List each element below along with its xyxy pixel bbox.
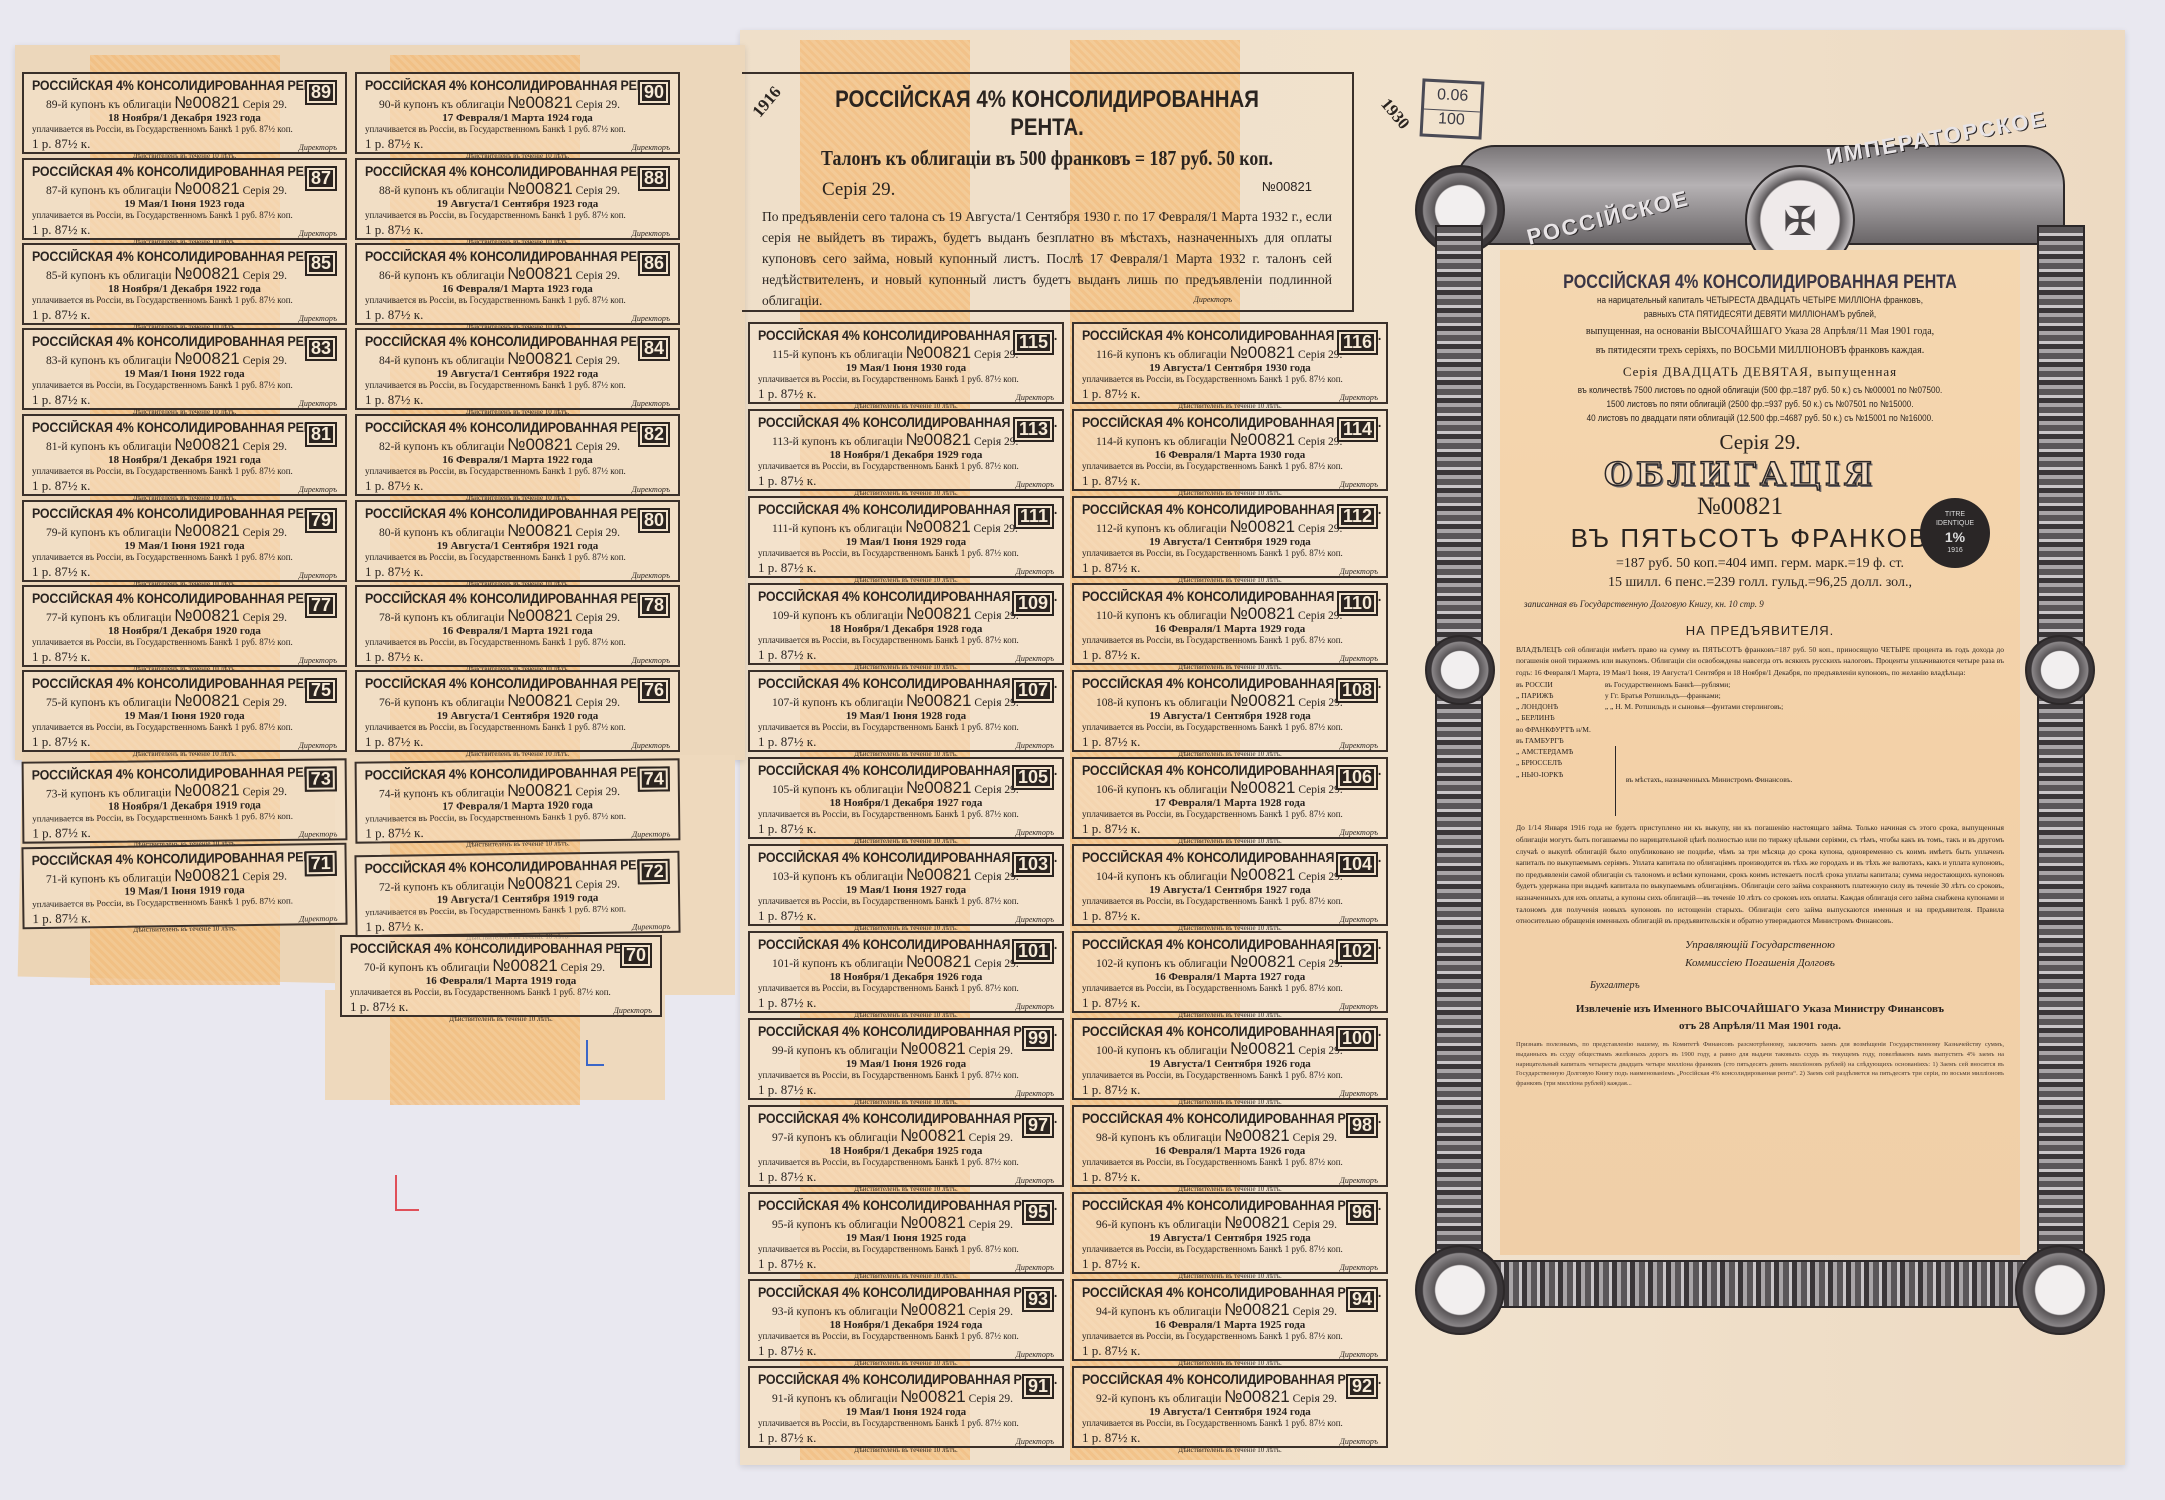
coupon-number-badge: 87 xyxy=(305,166,337,191)
coupon-payment-text: уплачивается въ Россіи, въ Государственн… xyxy=(32,295,337,305)
coupon-payment-text: уплачивается въ Россіи, въ Государственн… xyxy=(1082,548,1378,558)
coupon-number-badge: 72 xyxy=(637,859,669,884)
coupon-date: 19 Мая/1 Іюня 1921 года xyxy=(32,540,337,552)
coupon: РОССІЙСКАЯ 4% КОНСОЛИДИРОВАННАЯ РЕНТА. 1… xyxy=(1072,496,1388,578)
coupon-number-badge: 98 xyxy=(1346,1113,1378,1138)
coupon-payment-text: уплачивается въ Россіи, въ Государственн… xyxy=(758,1331,1054,1341)
coupon-title: РОССІЙСКАЯ 4% КОНСОЛИДИРОВАННАЯ РЕНТА. xyxy=(32,420,313,435)
seal-text: TITRE xyxy=(1920,510,1990,519)
coupon: РОССІЙСКАЯ 4% КОНСОЛИДИРОВАННАЯ РЕНТА. 7… xyxy=(355,670,680,752)
coupon-number-badge: 106 xyxy=(1336,765,1378,790)
coupon-validity: Дѣйствителенъ въ теченіе 10 лѣтъ. xyxy=(350,1015,652,1023)
coupon-title: РОССІЙСКАЯ 4% КОНСОЛИДИРОВАННАЯ РЕНТА. xyxy=(365,676,646,691)
coupon-number-badge: 88 xyxy=(638,166,670,191)
coupon-date: 16 Февраля/1 Марта 1926 года xyxy=(1082,1145,1378,1157)
coupon-payment-text: уплачивается въ Россіи, въ Государственн… xyxy=(758,983,1054,993)
coupon-amount: 1 р. 87½ к. xyxy=(1082,734,1140,750)
coupon-amount: 1 р. 87½ к. xyxy=(758,647,816,663)
coupon-title: РОССІЙСКАЯ 4% КОНСОЛИДИРОВАННАЯ РЕНТА. xyxy=(1082,1111,1354,1126)
city-note: у Гг. Братья Ротшильдъ—франками; xyxy=(1605,690,1807,701)
coupon: РОССІЙСКАЯ 4% КОНСОЛИДИРОВАННАЯ РЕНТА. 1… xyxy=(1072,322,1388,404)
coupon-ref-line: 96-й купонъ къ облигаціи №00821 Серія 29… xyxy=(1096,1213,1378,1233)
coupon-number-badge: 84 xyxy=(638,336,670,361)
coupon-payment-text: уплачивается въ Россіи, въ Государственн… xyxy=(1082,1157,1378,1167)
coupon-director: Директоръ xyxy=(1340,1002,1378,1011)
coupon-ref-line: 111-й купонъ къ облигаціи №00821 Серія 2… xyxy=(772,517,1054,537)
coupon-amount: 1 р. 87½ к. xyxy=(32,649,90,665)
coupon-title: РОССІЙСКАЯ 4% КОНСОЛИДИРОВАННАЯ РЕНТА. xyxy=(365,164,646,179)
coupon-date: 18 Ноября/1 Декабря 1921 года xyxy=(32,454,337,466)
coupon-payment-text: уплачивается въ Россіи, въ Государственн… xyxy=(365,380,670,390)
coupon-payment-text: уплачивается въ Россіи, въ Государственн… xyxy=(758,1157,1054,1167)
coupon: РОССІЙСКАЯ 4% КОНСОЛИДИРОВАННАЯ РЕНТА. 9… xyxy=(748,1192,1064,1274)
coupon-payment-text: уплачивается въ Россіи, въ Государственн… xyxy=(32,380,337,390)
coupon-payment-text: уплачивается въ Россіи, въ Государственн… xyxy=(758,374,1054,384)
bond-extract-heading: Извлеченіе изъ Именного ВЫСОЧАЙШАГО Указ… xyxy=(1500,1001,2020,1034)
coupon-title: РОССІЙСКАЯ 4% КОНСОЛИДИРОВАННАЯ РЕНТА. xyxy=(365,506,646,521)
coupon: РОССІЙСКАЯ 4% КОНСОЛИДИРОВАННАЯ РЕНТА. 7… xyxy=(355,585,680,667)
coupon-amount: 1 р. 87½ к. xyxy=(758,473,816,489)
coupon-title: РОССІЙСКАЯ 4% КОНСОЛИДИРОВАННАЯ РЕНТА. xyxy=(758,589,1030,604)
coupon-payment-text: уплачивается въ Россіи, въ Государственн… xyxy=(1082,1070,1378,1080)
coupon-date: 19 Мая/1 Іюня 1923 года xyxy=(32,198,337,210)
coupon: РОССІЙСКАЯ 4% КОНСОЛИДИРОВАННАЯ РЕНТА. 9… xyxy=(1072,1192,1388,1274)
coupon-date: 19 Августа/1 Сентября 1920 года xyxy=(365,710,670,722)
coupon-number-badge: 78 xyxy=(638,593,670,618)
coupon-ref-line: 86-й купонъ къ облигаціи №00821 Серія 29… xyxy=(379,264,670,284)
coupon-ref-line: 77-й купонъ къ облигаціи №00821 Серія 29… xyxy=(46,606,337,626)
coupon-title: РОССІЙСКАЯ 4% КОНСОЛИДИРОВАННАЯ РЕНТА. xyxy=(32,334,313,349)
coupon: РОССІЙСКАЯ 4% КОНСОЛИДИРОВАННАЯ РЕНТА. 1… xyxy=(1072,757,1388,839)
coupon: РОССІЙСКАЯ 4% КОНСОЛИДИРОВАННАЯ РЕНТА. 8… xyxy=(22,243,347,325)
coupon-ref-line: 91-й купонъ къ облигаціи №00821 Серія 29… xyxy=(772,1387,1054,1407)
coupon-director: Директоръ xyxy=(1016,915,1054,924)
coupon-validity: Дѣйствителенъ въ теченіе 10 лѣтъ. xyxy=(1082,1446,1378,1454)
bond-signatory: Управляющій Государственною Коммиссіею П… xyxy=(1500,937,2020,972)
coupon-title: РОССІЙСКАЯ 4% КОНСОЛИДИРОВАННАЯ РЕНТА. xyxy=(1082,763,1354,778)
coupon: РОССІЙСКАЯ 4% КОНСОЛИДИРОВАННАЯ РЕНТА. 1… xyxy=(1072,409,1388,491)
coupon-ref-line: 76-й купонъ къ облигаціи №00821 Серія 29… xyxy=(379,691,670,711)
talon-series: Серія 29. xyxy=(822,179,895,201)
coupon: РОССІЙСКАЯ 4% КОНСОЛИДИРОВАННАЯ РЕНТА. 8… xyxy=(22,158,347,240)
coupon-amount: 1 р. 87½ к. xyxy=(1082,908,1140,924)
coupon-ref-line: 98-й купонъ къ облигаціи №00821 Серія 29… xyxy=(1096,1126,1378,1146)
coupon-amount: 1 р. 87½ к. xyxy=(365,564,423,580)
rosette-icon xyxy=(1425,635,1495,705)
coupon: РОССІЙСКАЯ 4% КОНСОЛИДИРОВАННАЯ РЕНТА. 1… xyxy=(748,496,1064,578)
coupon-director: Директоръ xyxy=(632,485,670,494)
coupon-payment-text: уплачивается въ Россіи, въ Государственн… xyxy=(32,810,337,823)
talon-text: По предъявленіи сего талона съ 19 Август… xyxy=(762,207,1332,312)
coupon-amount: 1 р. 87½ к. xyxy=(32,564,90,580)
coupon-number-badge: 83 xyxy=(305,336,337,361)
coupon-number-badge: 81 xyxy=(305,422,337,447)
coupon-director: Директоръ xyxy=(299,656,337,665)
coupon-number-badge: 114 xyxy=(1337,417,1378,442)
coupon-director: Директоръ xyxy=(1340,741,1378,750)
coupon-date: 19 Августа/1 Сентября 1926 года xyxy=(1082,1058,1378,1070)
signatory-line: Коммиссіею Погашенія Долговъ xyxy=(1500,955,2020,973)
coupon-date: 18 Ноября/1 Декабря 1926 года xyxy=(758,971,1054,983)
frame-border-right xyxy=(2037,225,2085,1285)
city: „ БЕРЛИНѢ xyxy=(1516,712,1591,723)
coupon-director: Директоръ xyxy=(1016,1089,1054,1098)
city: „ ЛОНДОНѢ xyxy=(1516,701,1591,712)
coupon: РОССІЙСКАЯ 4% КОНСОЛИДИРОВАННАЯ РЕНТА. 8… xyxy=(22,414,347,496)
coupon: РОССІЙСКАЯ 4% КОНСОЛИДИРОВАННАЯ РЕНТА. 7… xyxy=(355,758,681,843)
coupon-title: РОССІЙСКАЯ 4% КОНСОЛИДИРОВАННАЯ РЕНТА. xyxy=(1082,502,1354,517)
coupon-date: 16 Февраля/1 Марта 1930 года xyxy=(1082,449,1378,461)
coupon: РОССІЙСКАЯ 4% КОНСОЛИДИРОВАННАЯ РЕНТА. 9… xyxy=(355,72,680,154)
coupon-director: Директоръ xyxy=(1340,828,1378,837)
coupon-director: Директоръ xyxy=(1016,741,1054,750)
coupon-number-badge: 77 xyxy=(305,593,337,618)
coupon-amount: 1 р. 87½ к. xyxy=(758,908,816,924)
coupon-amount: 1 р. 87½ к. xyxy=(365,649,423,665)
coupon-ref-line: 99-й купонъ къ облигаціи №00821 Серія 29… xyxy=(772,1039,1054,1059)
coupon-date: 18 Ноября/1 Декабря 1928 года xyxy=(758,623,1054,635)
coupon-amount: 1 р. 87½ к. xyxy=(758,560,816,576)
coupon-title: РОССІЙСКАЯ 4% КОНСОЛИДИРОВАННАЯ РЕНТА. xyxy=(32,676,313,691)
coupon-ref-line: 114-й купонъ къ облигаціи №00821 Серія 2… xyxy=(1096,430,1378,450)
coupon-title: РОССІЙСКАЯ 4% КОНСОЛИДИРОВАННАЯ РЕНТА. xyxy=(758,328,1030,343)
rosette-icon xyxy=(2015,1245,2105,1335)
coupon-ref-line: 89-й купонъ къ облигаціи №00821 Серія 29… xyxy=(46,93,337,113)
coupon: РОССІЙСКАЯ 4% КОНСОЛИДИРОВАННАЯ РЕНТА. 7… xyxy=(22,585,347,667)
coupon-date: 17 Февраля/1 Марта 1928 года xyxy=(1082,797,1378,809)
bond-obligation-heading: ОБЛИГАЦІЯ xyxy=(1460,455,2020,493)
coupon-date: 19 Мая/1 Іюня 1928 года xyxy=(758,710,1054,722)
coupon-director: Директоръ xyxy=(299,914,337,924)
coupon-date: 19 Мая/1 Іюня 1922 года xyxy=(32,368,337,380)
bond-qty-line1: въ количествѣ 7500 листовъ по одной обли… xyxy=(1539,384,1981,398)
coupon-date: 18 Ноября/1 Декабря 1923 года xyxy=(32,112,337,124)
coupon-number-badge: 103 xyxy=(1012,852,1054,877)
coupon-ref-line: 70-й купонъ къ облигаціи №00821 Серія 29… xyxy=(364,956,652,976)
coupon-director: Директоръ xyxy=(299,741,337,750)
coupon-payment-text: уплачивается въ Россіи, въ Государственн… xyxy=(32,466,337,476)
coupon-director: Директоръ xyxy=(632,143,670,152)
rosette-icon xyxy=(2025,635,2095,705)
coupon-number-badge: 92 xyxy=(1346,1374,1378,1399)
coupon: РОССІЙСКАЯ 4% КОНСОЛИДИРОВАННАЯ РЕНТА. 1… xyxy=(748,583,1064,665)
coupon-number-badge: 113 xyxy=(1013,417,1054,442)
coupon-amount: 1 р. 87½ к. xyxy=(32,910,91,927)
coupon: РОССІЙСКАЯ 4% КОНСОЛИДИРОВАННАЯ РЕНТА. 1… xyxy=(748,844,1064,926)
coupon-title: РОССІЙСКАЯ 4% КОНСОЛИДИРОВАННАЯ РЕНТА. xyxy=(758,1111,1030,1126)
coupon-date: 19 Августа/1 Сентября 1925 года xyxy=(1082,1232,1378,1244)
coupon-title: РОССІЙСКАЯ 4% КОНСОЛИДИРОВАННАЯ РЕНТА. xyxy=(758,1198,1030,1213)
coupon-director: Директоръ xyxy=(632,741,670,750)
coupon: РОССІЙСКАЯ 4% КОНСОЛИДИРОВАННАЯ РЕНТА. 1… xyxy=(748,931,1064,1013)
city-note: „ „ Н. М. Ротшильдъ и сыновья—фунтами ст… xyxy=(1605,701,1807,712)
coupon-payment-text: уплачивается въ Россіи, въ Государственн… xyxy=(1082,1331,1378,1341)
coupon-amount: 1 р. 87½ к. xyxy=(32,825,90,842)
coupon-amount: 1 р. 87½ к. xyxy=(758,1430,816,1446)
coupon-date: 16 Февраля/1 Марта 1921 года xyxy=(365,625,670,637)
bond-redemption-text: До 1/14 Января 1916 года не будетъ прист… xyxy=(1500,816,2020,927)
coupon-director: Директоръ xyxy=(1016,1002,1054,1011)
coupon-number-badge: 75 xyxy=(305,678,337,703)
coupon-date: 17 Февраля/1 Марта 1924 года xyxy=(365,112,670,124)
coupon-director: Директоръ xyxy=(632,571,670,580)
coupon-date: 16 Февраля/1 Марта 1929 года xyxy=(1082,623,1378,635)
coupon-director: Директоръ xyxy=(1016,828,1054,837)
coupon-ref-line: 90-й купонъ къ облигаціи №00821 Серія 29… xyxy=(379,93,670,113)
coupon-payment-text: уплачивается въ Россіи, въ Государственн… xyxy=(758,548,1054,558)
coupon-amount: 1 р. 87½ к. xyxy=(365,825,423,842)
coupon-director: Директоръ xyxy=(299,571,337,580)
extract-line: Извлеченіе изъ Именного ВЫСОЧАЙШАГО Указ… xyxy=(1500,1001,2020,1018)
coupon-ref-line: 78-й купонъ къ облигаціи №00821 Серія 29… xyxy=(379,606,670,626)
coupon-date: 19 Августа/1 Сентября 1924 года xyxy=(1082,1406,1378,1418)
pen-mark-red-l-icon xyxy=(395,1175,419,1211)
coupon-payment-text: уплачивается въ Россіи, въ Государственн… xyxy=(758,461,1054,471)
coupon-validity: Дѣйствителенъ въ теченіе 10 лѣтъ. xyxy=(365,750,670,758)
coupon-title: РОССІЙСКАЯ 4% КОНСОЛИДИРОВАННАЯ РЕНТА. xyxy=(1082,1372,1354,1387)
coupon-date: 19 Августа/1 Сентября 1923 года xyxy=(365,198,670,210)
coupon-director: Директоръ xyxy=(1340,480,1378,489)
coupon-title: РОССІЙСКАЯ 4% КОНСОЛИДИРОВАННАЯ РЕНТА. xyxy=(365,591,646,606)
bond-capital-line2: равныхъ СТА ПЯТИДЕСЯТИ ДЕВЯТИ МИЛЛІОНАМЪ… xyxy=(1539,308,1981,322)
coupon: РОССІЙСКАЯ 4% КОНСОЛИДИРОВАННАЯ РЕНТА. 7… xyxy=(22,758,348,843)
coupon-payment-text: уплачивается въ Россіи, въ Государственн… xyxy=(365,466,670,476)
coupon-title: РОССІЙСКАЯ 4% КОНСОЛИДИРОВАННАЯ РЕНТА. xyxy=(758,937,1030,952)
city: въ РОССІИ xyxy=(1516,679,1591,690)
coupon: РОССІЙСКАЯ 4% КОНСОЛИДИРОВАННАЯ РЕНТА. 1… xyxy=(748,757,1064,839)
coupon: РОССІЙСКАЯ 4% КОНСОЛИДИРОВАННАЯ РЕНТА. 8… xyxy=(355,500,680,582)
coupon-amount: 1 р. 87½ к. xyxy=(32,392,90,408)
coupon-date: 19 Августа/1 Сентября 1922 года xyxy=(365,368,670,380)
coupon-payment-text: уплачивается въ Россіи, въ Государственн… xyxy=(365,722,670,732)
city: „ ПАРИЖѢ xyxy=(1516,690,1591,701)
coupon-date: 19 Августа/1 Сентября 1927 года xyxy=(1082,884,1378,896)
talon-year-start: 1916 xyxy=(748,83,785,122)
coupon-ref-line: 81-й купонъ къ облигаціи №00821 Серія 29… xyxy=(46,435,337,455)
coupon-number-badge: 99 xyxy=(1022,1026,1054,1051)
coupon-payment-text: уплачивается въ Россіи, въ Государственн… xyxy=(365,810,670,823)
coupon-payment-text: уплачивается въ Россіи, въ Государственн… xyxy=(365,552,670,562)
coupon-number-badge: 116 xyxy=(1337,330,1378,355)
coupon: РОССІЙСКАЯ 4% КОНСОЛИДИРОВАННАЯ РЕНТА. 1… xyxy=(1072,1018,1388,1100)
coupon-director: Директоръ xyxy=(1340,1089,1378,1098)
coupon-director: Директоръ xyxy=(1016,1350,1054,1359)
coupon-payment-text: уплачивается въ Россіи, въ Государственн… xyxy=(365,124,670,134)
coupon-ref-line: 84-й купонъ къ облигаціи №00821 Серія 29… xyxy=(379,349,670,369)
coupon-title: РОССІЙСКАЯ 4% КОНСОЛИДИРОВАННАЯ РЕНТА. xyxy=(32,164,313,179)
pen-mark-blue-l-icon xyxy=(586,1040,604,1066)
coupon-date: 18 Ноября/1 Декабря 1922 года xyxy=(32,283,337,295)
bond-equivalents-line2: 15 шилл. 6 пенс.=239 голл. гульд.=96,25 … xyxy=(1500,573,2020,593)
coupon-director: Директоръ xyxy=(614,1006,652,1015)
coupon-number-badge: 104 xyxy=(1336,852,1378,877)
coupon-amount: 1 р. 87½ к. xyxy=(1082,1256,1140,1272)
coupon-date: 19 Мая/1 Іюня 1920 года xyxy=(32,710,337,722)
coupon-payment-text: уплачивается въ Россіи, въ Государственн… xyxy=(32,722,337,732)
talon-title: РОССІЙСКАЯ 4% КОНСОЛИДИРОВАННАЯ РЕНТА. xyxy=(805,86,1290,142)
coupon-number-badge: 96 xyxy=(1346,1200,1378,1225)
coupon-payment-text: уплачивается въ Россіи, въ Государственн… xyxy=(32,637,337,647)
coupon-date: 19 Августа/1 Сентября 1930 года xyxy=(1082,362,1378,374)
coupon-payment-text: уплачивается въ Россіи, въ Государственн… xyxy=(365,637,670,647)
coupon-director: Директоръ xyxy=(299,399,337,408)
coupon-amount: 1 р. 87½ к. xyxy=(1082,386,1140,402)
coupon-date: 19 Мая/1 Іюня 1930 года xyxy=(758,362,1054,374)
coupon-amount: 1 р. 87½ к. xyxy=(365,392,423,408)
bond-qty-line2: 1500 листовъ по пяти облигацій (2500 фр.… xyxy=(1539,398,1981,412)
coupon-payment-text: уплачивается въ Россіи, въ Государственн… xyxy=(758,1070,1054,1080)
coupon-payment-text: уплачивается въ Россіи, въ Государственн… xyxy=(365,210,670,220)
coupon-amount: 1 р. 87½ к. xyxy=(1082,560,1140,576)
coupon-title: РОССІЙСКАЯ 4% КОНСОЛИДИРОВАННАЯ РЕНТА. xyxy=(1082,937,1354,952)
coupon: РОССІЙСКАЯ 4% КОНСОЛИДИРОВАННАЯ РЕНТА. 1… xyxy=(748,322,1064,404)
rosette-icon xyxy=(1415,1245,1505,1335)
coupon-number-badge: 91 xyxy=(1022,1374,1054,1399)
coupon: РОССІЙСКАЯ 4% КОНСОЛИДИРОВАННАЯ РЕНТА. 8… xyxy=(22,328,347,410)
coupon-number-badge: 73 xyxy=(305,766,337,791)
coupon-title: РОССІЙСКАЯ 4% КОНСОЛИДИРОВАННАЯ РЕНТА. xyxy=(758,1024,1030,1039)
coupon-number-badge: 79 xyxy=(305,508,337,533)
coupon-title: РОССІЙСКАЯ 4% КОНСОЛИДИРОВАННАЯ РЕНТА. xyxy=(365,249,646,264)
city: „ БРЮССЕЛѢ xyxy=(1516,757,1591,768)
seal-year: 1916 xyxy=(1920,546,1990,555)
coupon-amount: 1 р. 87½ к. xyxy=(365,136,423,152)
coupon-payment-text: уплачивается въ Россіи, въ Государственн… xyxy=(1082,461,1378,471)
city: во ФРАНКФУРТѢ н/М. xyxy=(1516,724,1591,735)
talon-director: Директоръ xyxy=(1194,295,1232,304)
coupon: РОССІЙСКАЯ 4% КОНСОЛИДИРОВАННАЯ РЕНТА. 8… xyxy=(355,243,680,325)
coupon-director: Директоръ xyxy=(299,143,337,152)
coupon-ref-line: 93-й купонъ къ облигаціи №00821 Серія 29… xyxy=(772,1300,1054,1320)
coupon-director: Директоръ xyxy=(632,229,670,238)
coupon-title: РОССІЙСКАЯ 4% КОНСОЛИДИРОВАННАЯ РЕНТА. xyxy=(758,415,1030,430)
city-brace-note: въ мѣстахъ, назначенныхъ Министромъ Фина… xyxy=(1615,746,1793,816)
coupon-number-badge: 85 xyxy=(305,251,337,276)
coupon-amount: 1 р. 87½ к. xyxy=(32,307,90,323)
coupon-title: РОССІЙСКАЯ 4% КОНСОЛИДИРОВАННАЯ РЕНТА. xyxy=(32,249,313,264)
coupon-ref-line: 116-й купонъ къ облигаціи №00821 Серія 2… xyxy=(1096,343,1378,363)
coupon-ref-line: 83-й купонъ къ облигаціи №00821 Серія 29… xyxy=(46,349,337,369)
coupon-payment-text: уплачивается въ Россіи, въ Государственн… xyxy=(758,896,1054,906)
bond-series: Серія 29. xyxy=(1500,430,2020,455)
coupon-payment-text: уплачивается въ Россіи, въ Государственн… xyxy=(1082,374,1378,384)
coupon-payment-text: уплачивается въ Россіи, въ Государственн… xyxy=(1082,809,1378,819)
coupon-ref-line: 79-й купонъ къ облигаціи №00821 Серія 29… xyxy=(46,521,337,541)
coupon-number-badge: 90 xyxy=(638,80,670,105)
extract-line: отъ 28 Апрѣля/11 Мая 1901 года. xyxy=(1500,1018,2020,1035)
bond-series-count: въ пятидесяти трехъ серіяхъ, по ВОСЬМИ М… xyxy=(1500,341,2020,360)
coupon-date: 19 Мая/1 Іюня 1925 года xyxy=(758,1232,1054,1244)
coupon: РОССІЙСКАЯ 4% КОНСОЛИДИРОВАННАЯ РЕНТА. 1… xyxy=(1072,583,1388,665)
coupon-director: Директоръ xyxy=(299,485,337,494)
coupon-title: РОССІЙСКАЯ 4% КОНСОЛИДИРОВАННАЯ РЕНТА. xyxy=(365,78,646,93)
coupon-payment-text: уплачивается въ Россіи, въ Государственн… xyxy=(1082,1418,1378,1428)
coupon-payment-text: уплачивается въ Россіи, въ Государственн… xyxy=(1082,722,1378,732)
coupon-director: Директоръ xyxy=(632,314,670,323)
coupon-title: РОССІЙСКАЯ 4% КОНСОЛИДИРОВАННАЯ РЕНТА. xyxy=(32,765,313,783)
renewal-seal-icon: TITRE IDENTIQUE 1% 1916 xyxy=(1920,498,1990,568)
coupon-director: Директоръ xyxy=(299,229,337,238)
coupon-title: РОССІЙСКАЯ 4% КОНСОЛИДИРОВАННАЯ РЕНТА. xyxy=(1082,328,1354,343)
bond-title: РОССІЙСКАЯ 4% КОНСОЛИДИРОВАННАЯ РЕНТА xyxy=(1539,272,1981,294)
coupon-amount: 1 р. 87½ к. xyxy=(350,999,408,1015)
coupon-number-badge: 80 xyxy=(638,508,670,533)
coupon-amount: 1 р. 87½ к. xyxy=(758,1082,816,1098)
coupon-director: Директоръ xyxy=(1340,1176,1378,1185)
coupon: РОССІЙСКАЯ 4% КОНСОЛИДИРОВАННАЯ РЕНТА. 7… xyxy=(22,500,347,582)
coupon-date: 16 Февраля/1 Марта 1925 года xyxy=(1082,1319,1378,1331)
coupon-amount: 1 р. 87½ к. xyxy=(1082,1430,1140,1446)
coupon-amount: 1 р. 87½ к. xyxy=(365,222,423,238)
bond-owner-text: ВЛАДѢЛЕЦЪ сей облигаціи имѣетъ право на … xyxy=(1500,638,2020,679)
coupon-date: 19 Мая/1 Іюня 1927 года xyxy=(758,884,1054,896)
coupon-number-badge: 115 xyxy=(1013,330,1054,355)
coupon-title: РОССІЙСКАЯ 4% КОНСОЛИДИРОВАННАЯ РЕНТА. xyxy=(758,850,1030,865)
coupon-title: РОССІЙСКАЯ 4% КОНСОЛИДИРОВАННАЯ РЕНТА. xyxy=(1082,850,1354,865)
coupon-payment-text: уплачивается въ Россіи, въ Государственн… xyxy=(758,809,1054,819)
coupon-ref-line: 110-й купонъ къ облигаціи №00821 Серія 2… xyxy=(1096,604,1378,624)
city: „ НЬЮ-ІОРКѢ xyxy=(1516,769,1591,780)
coupon-payment-text: уплачивается въ Россіи, въ Государственн… xyxy=(1082,896,1378,906)
coupon-title: РОССІЙСКАЯ 4% КОНСОЛИДИРОВАННАЯ РЕНТА. xyxy=(365,334,646,349)
bond-body: РОССІЙСКАЯ 4% КОНСОЛИДИРОВАННАЯ РЕНТА на… xyxy=(1500,250,2020,1255)
coupon-director: Директоръ xyxy=(1016,1176,1054,1185)
coupon-amount: 1 р. 87½ к. xyxy=(1082,1082,1140,1098)
coupon-payment-text: уплачивается въ Россіи, въ Государственн… xyxy=(32,124,337,134)
coupon: РОССІЙСКАЯ 4% КОНСОЛИДИРОВАННАЯ РЕНТА. 7… xyxy=(354,851,680,938)
city: въ ГАМБУРГѢ xyxy=(1516,735,1591,746)
coupon: РОССІЙСКАЯ 4% КОНСОЛИДИРОВАННАЯ РЕНТА. 9… xyxy=(1072,1105,1388,1187)
coupon-payment-text: уплачивается въ Россіи, въ Государственн… xyxy=(758,722,1054,732)
seal-text: IDENTIQUE xyxy=(1920,519,1990,528)
coupon-number-badge: 97 xyxy=(1022,1113,1054,1138)
bond-payment-cities: въ РОССІИ „ ПАРИЖѢ „ ЛОНДОНѢ „ БЕРЛИНѢ в… xyxy=(1500,679,2020,817)
coupon-date: 16 Февраля/1 Марта 1923 года xyxy=(365,283,670,295)
talon-subtitle: Талонъ къ облигаціи въ 500 франковъ = 18… xyxy=(805,146,1290,171)
coupon-date: 18 Ноября/1 Декабря 1920 года xyxy=(32,625,337,637)
coupon-amount: 1 р. 87½ к. xyxy=(32,478,90,494)
coupon-payment-text: уплачивается въ Россіи, въ Государственн… xyxy=(32,552,337,562)
city: „ АМСТЕРДАМѢ xyxy=(1516,746,1591,757)
coupon-date: 18 Ноября/1 Декабря 1927 года xyxy=(758,797,1054,809)
coupon: РОССІЙСКАЯ 4% КОНСОЛИДИРОВАННАЯ РЕНТА. 9… xyxy=(748,1018,1064,1100)
coupon-validity: Дѣйствителенъ въ теченіе 10 лѣтъ. xyxy=(32,750,337,758)
coupon-director: Директоръ xyxy=(299,314,337,323)
coupon: РОССІЙСКАЯ 4% КОНСОЛИДИРОВАННАЯ РЕНТА. 8… xyxy=(355,328,680,410)
coupon-title: РОССІЙСКАЯ 4% КОНСОЛИДИРОВАННАЯ РЕНТА. xyxy=(1082,676,1354,691)
coupon-date: 19 Августа/1 Сентября 1921 года xyxy=(365,540,670,552)
coupon-amount: 1 р. 87½ к. xyxy=(758,1343,816,1359)
coupon-amount: 1 р. 87½ к. xyxy=(1082,1343,1140,1359)
coupon-amount: 1 р. 87½ к. xyxy=(365,307,423,323)
coupon-number-badge: 111 xyxy=(1014,504,1054,529)
coupon-payment-text: уплачивается въ Россіи, въ Государственн… xyxy=(1082,983,1378,993)
coupon-ref-line: 113-й купонъ къ облигаціи №00821 Серія 2… xyxy=(772,430,1054,450)
seal-percent: 1% xyxy=(1945,529,1965,545)
coupon-title: РОССІЙСКАЯ 4% КОНСОЛИДИРОВАННАЯ РЕНТА. xyxy=(758,1372,1030,1387)
coupon-director: Директоръ xyxy=(299,829,337,838)
coupon-date: 18 Ноября/1 Декабря 1929 года xyxy=(758,449,1054,461)
bond-qty-line3: 40 листовъ по двадцати пяти облигацій (1… xyxy=(1539,412,1981,426)
coupon-date: 18 Ноября/1 Декабря 1925 года xyxy=(758,1145,1054,1157)
coupon-amount: 1 р. 87½ к. xyxy=(758,995,816,1011)
coupon: РОССІЙСКАЯ 4% КОНСОЛИДИРОВАННАЯ РЕНТА. 8… xyxy=(355,414,680,496)
coupon-ref-line: 112-й купонъ къ облигаціи №00821 Серія 2… xyxy=(1096,517,1378,537)
coupon-amount: 1 р. 87½ к. xyxy=(1082,1169,1140,1185)
coupon-director: Директоръ xyxy=(632,656,670,665)
coupon-ref-line: 94-й купонъ къ облигаціи №00821 Серія 29… xyxy=(1096,1300,1378,1320)
coupon-date: 19 Мая/1 Іюня 1924 года xyxy=(758,1406,1054,1418)
